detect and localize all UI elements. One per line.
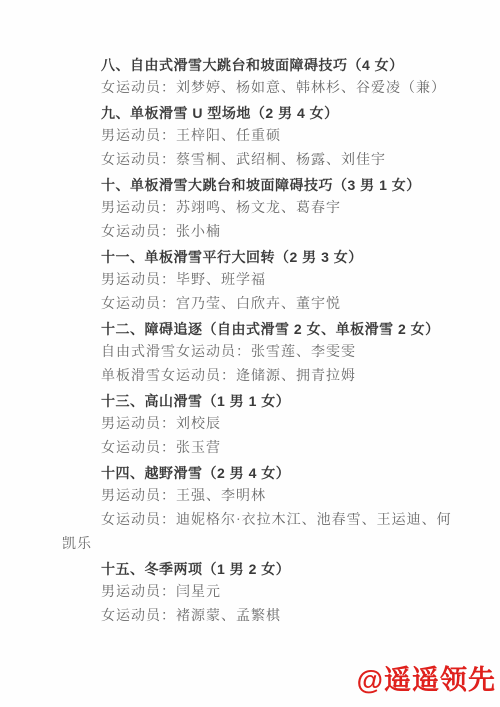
roster-line: 女运动员：张小楠 — [62, 221, 460, 245]
section-heading: 十三、高山滑雪（1 男 1 女） — [62, 389, 460, 413]
watermark-text: @遥遥领先 — [357, 658, 496, 697]
section-heading: 十二、障碍追逐（自由式滑雪 2 女、单板滑雪 2 女） — [62, 317, 460, 341]
roster-line: 男运动员：苏翊鸣、杨文龙、葛春宇 — [62, 197, 460, 221]
roster-line: 男运动员：王强、李明林 — [62, 485, 460, 509]
roster-line: 女运动员：迪妮格尔·衣拉木江、池春雪、王运迪、何 — [62, 509, 460, 533]
section-heading: 十一、单板滑雪平行大回转（2 男 3 女） — [62, 245, 460, 269]
athlete-roster: 八、自由式滑雪大跳台和坡面障碍技巧（4 女） 女运动员：刘梦婷、杨如意、韩林杉、… — [62, 53, 460, 629]
roster-line: 男运动员：毕野、班学福 — [62, 269, 460, 293]
roster-line: 女运动员：张玉营 — [62, 437, 460, 461]
section-heading: 十五、冬季两项（1 男 2 女） — [62, 557, 460, 581]
roster-line: 自由式滑雪女运动员：张雪莲、李雯雯 — [62, 341, 460, 365]
roster-line: 女运动员：刘梦婷、杨如意、韩林杉、谷爱凌（兼） — [62, 77, 460, 101]
section-heading: 十四、越野滑雪（2 男 4 女） — [62, 461, 460, 485]
document-page: 八、自由式滑雪大跳台和坡面障碍技巧（4 女） 女运动员：刘梦婷、杨如意、韩林杉、… — [0, 0, 500, 707]
roster-line: 男运动员：闫星元 — [62, 581, 460, 605]
section-heading: 九、单板滑雪 U 型场地（2 男 4 女） — [62, 101, 460, 125]
roster-line: 单板滑雪女运动员：逄储源、拥青拉姆 — [62, 365, 460, 389]
roster-line: 男运动员：刘校辰 — [62, 413, 460, 437]
section-heading: 十、单板滑雪大跳台和坡面障碍技巧（3 男 1 女） — [62, 173, 460, 197]
roster-line: 男运动员：王梓阳、任重硕 — [62, 125, 460, 149]
roster-line: 女运动员：褚源蒙、孟繁棋 — [62, 605, 460, 629]
roster-line: 女运动员：蔡雪桐、武绍桐、杨露、刘佳宇 — [62, 149, 460, 173]
section-heading: 八、自由式滑雪大跳台和坡面障碍技巧（4 女） — [62, 53, 460, 77]
roster-line: 女运动员：宫乃莹、白欣卉、董宇悦 — [62, 293, 460, 317]
roster-line-continuation: 凯乐 — [62, 533, 460, 557]
